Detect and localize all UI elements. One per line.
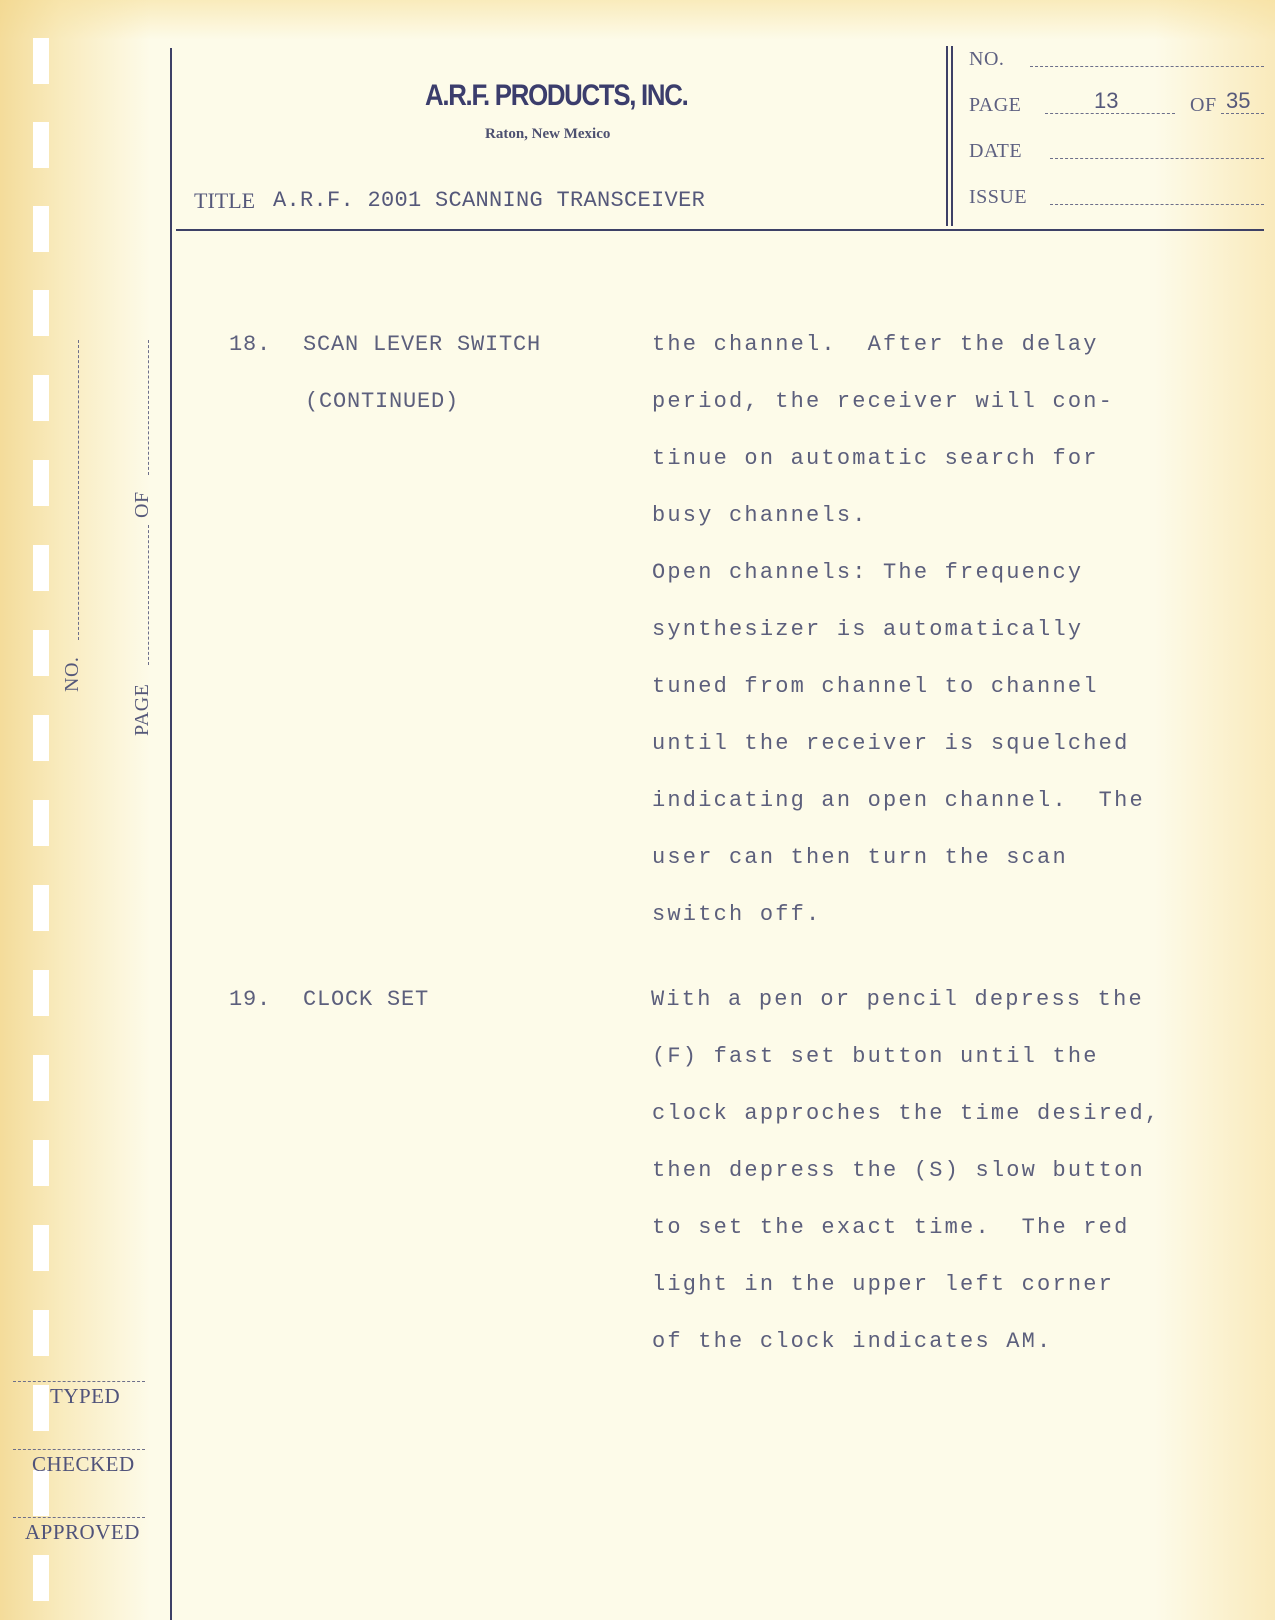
- company-name: A.R.F. PRODUCTS, INC.: [425, 79, 687, 113]
- of-value: 35: [1226, 88, 1250, 114]
- title-label: TITLE: [194, 188, 255, 214]
- item-heading: CLOCK SET: [303, 987, 429, 1012]
- item-heading-continued: (CONTINUED): [305, 389, 459, 414]
- checked-line: [13, 1449, 145, 1450]
- body-line: (F) fast set button until the: [652, 1044, 1099, 1069]
- body-line: synthesizer is automatically: [652, 617, 1083, 642]
- margin-no-field: [78, 340, 79, 640]
- body-line: Open channels: The frequency: [652, 560, 1083, 585]
- issue-label: ISSUE: [969, 186, 1027, 209]
- body-line: tinue on automatic search for: [652, 446, 1099, 471]
- typed-label: TYPED: [50, 1384, 120, 1409]
- item-heading: SCAN LEVER SWITCH: [303, 332, 541, 357]
- body-line: period, the receiver will con-: [652, 389, 1114, 414]
- item-number: 18.: [229, 332, 271, 357]
- document-title: A.R.F. 2001 SCANNING TRANSCEIVER: [273, 188, 705, 213]
- approved-label: APPROVED: [25, 1520, 140, 1545]
- of-label: OF: [1190, 94, 1217, 117]
- company-location: Raton, New Mexico: [485, 126, 610, 143]
- body-line: the channel. After the delay: [652, 332, 1099, 357]
- margin-of-field: [148, 340, 149, 475]
- no-field[interactable]: [1030, 66, 1264, 67]
- body-line: light in the upper left corner: [652, 1272, 1114, 1297]
- left-margin-rule: [170, 48, 172, 1620]
- body-line: indicating an open channel. The: [652, 788, 1145, 813]
- page-value: 13: [1094, 88, 1118, 114]
- body-line: to set the exact time. The red: [652, 1215, 1129, 1240]
- body-line: busy channels.: [652, 503, 868, 528]
- info-box-divider-left: [946, 46, 948, 226]
- item-number: 19.: [229, 987, 271, 1012]
- body-line: With a pen or pencil depress the: [651, 987, 1144, 1012]
- page-label: PAGE: [969, 94, 1021, 117]
- body-line: clock approches the time desired,: [652, 1101, 1160, 1126]
- body-line: tuned from channel to channel: [652, 674, 1099, 699]
- date-field[interactable]: [1050, 158, 1264, 159]
- checked-label: CHECKED: [32, 1452, 135, 1477]
- issue-field[interactable]: [1050, 204, 1264, 205]
- no-label: NO.: [969, 48, 1004, 71]
- margin-no-label: NO.: [61, 657, 84, 692]
- margin-of-label: OF: [131, 491, 154, 518]
- margin-page-field: [148, 525, 149, 665]
- body-line: of the clock indicates AM.: [652, 1329, 1052, 1354]
- info-box-divider-right: [951, 46, 953, 226]
- body-line: until the receiver is squelched: [652, 731, 1129, 756]
- date-label: DATE: [969, 140, 1022, 163]
- typed-line: [13, 1381, 145, 1382]
- body-line: user can then turn the scan: [652, 845, 1068, 870]
- body-line: then depress the (S) slow button: [652, 1158, 1145, 1183]
- margin-page-label: PAGE: [131, 684, 154, 736]
- header-bottom-rule: [176, 229, 1264, 231]
- body-line: switch off.: [652, 902, 821, 927]
- approved-line: [13, 1517, 145, 1518]
